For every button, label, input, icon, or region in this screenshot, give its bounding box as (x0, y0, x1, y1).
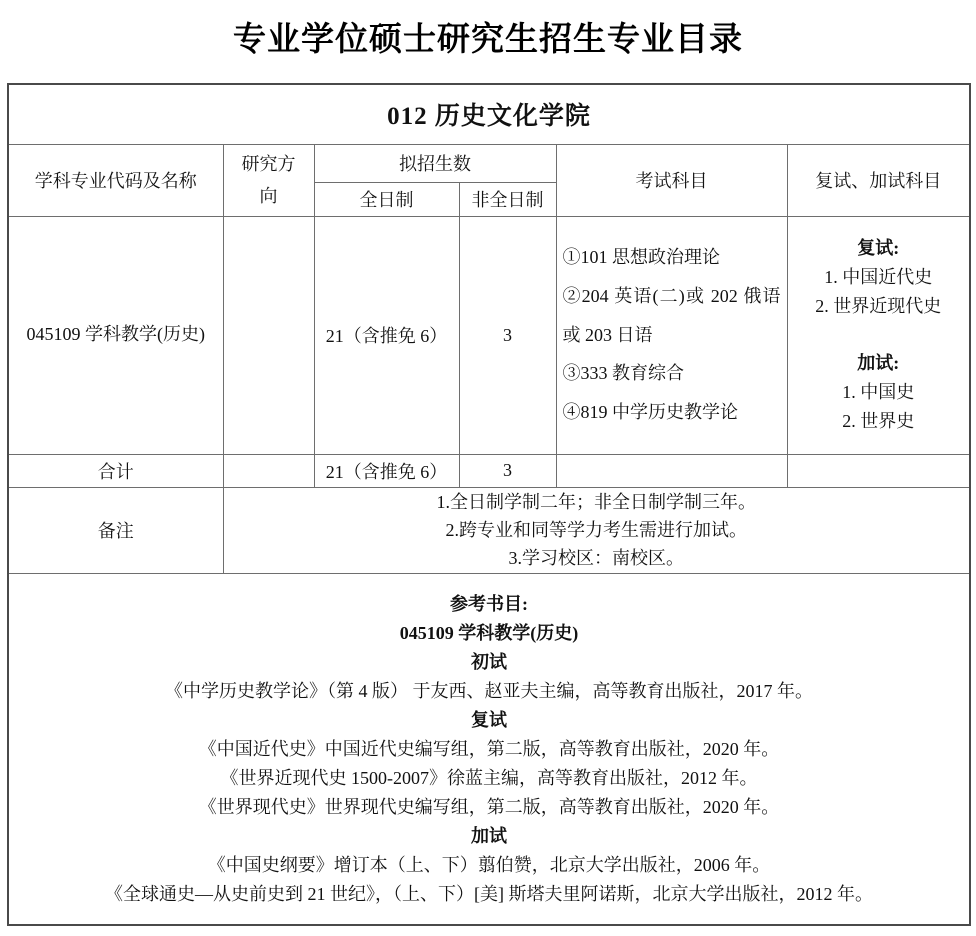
program-exam-subjects: ①101 思想政治理论 ②204 英语(二)或 202 俄语或 203 日语 ③… (556, 216, 787, 454)
college-header-row: 012 历史文化学院 (8, 84, 970, 144)
references-section-heading: 初试 (15, 648, 963, 677)
total-exam-subjects (556, 454, 787, 487)
remark-item: 2.跨专业和同等学力考生需进行加试。 (230, 516, 964, 544)
remarks-content: 1.全日制学制二年；非全日制学制三年。 2.跨专业和同等学力考生需进行加试。 3… (223, 487, 970, 573)
col-header-research-direction: 研究方向 (223, 144, 314, 216)
research-direction-label: 研究方向 (238, 148, 299, 213)
page-title: 专业学位硕士研究生招生专业目录 (0, 13, 976, 60)
program-research-direction (223, 216, 314, 454)
program-part-time-count: 3 (459, 216, 556, 454)
remarks-label: 备注 (8, 487, 223, 573)
col-header-planned-enrollment: 拟招生数 (314, 144, 556, 182)
program-code-name: 045109 学科教学(历史) (8, 216, 223, 454)
references-section: 参考书目: 045109 学科教学(历史) 初试 《中学历史教学论》（第 4 版… (8, 573, 970, 925)
col-header-part-time: 非全日制 (459, 182, 556, 216)
retest-item: 2. 世界近现代史 (794, 292, 964, 321)
program-row: 045109 学科教学(历史) 21（含推免 6） 3 ①101 思想政治理论 … (8, 216, 970, 454)
exam-subject-item: ①101 思想政治理论 (563, 238, 781, 277)
exam-subject-item: ③333 教育综合 (563, 354, 781, 393)
reference-book: 《世界现代史》世界现代史编写组，第二版，高等教育出版社，2020 年。 (15, 793, 963, 822)
references-section-heading: 加试 (15, 822, 963, 851)
reference-book: 《中国史纲要》增订本（上、下）翦伯赞，北京大学出版社，2006 年。 (15, 851, 963, 880)
references-row: 参考书目: 045109 学科教学(历史) 初试 《中学历史教学论》（第 4 版… (8, 573, 970, 925)
col-header-exam-subjects: 考试科目 (556, 144, 787, 216)
reference-book: 《世界近现代史 1500-2007》徐蓝主编，高等教育出版社，2012 年。 (15, 764, 963, 793)
col-header-subject-code-name: 学科专业代码及名称 (8, 144, 223, 216)
total-full-time-count: 21（含推免 6） (314, 454, 459, 487)
col-header-retest-subjects: 复试、加试科目 (787, 144, 970, 216)
addtest-label: 加试: (794, 349, 964, 378)
college-header: 012 历史文化学院 (8, 84, 970, 144)
references-title: 参考书目: (15, 590, 963, 619)
program-full-time-count: 21（含推免 6） (314, 216, 459, 454)
references-program-heading: 045109 学科教学(历史) (15, 619, 963, 648)
total-part-time-count: 3 (459, 454, 556, 487)
reference-book: 《中国近代史》中国近代史编写组，第二版，高等教育出版社，2020 年。 (15, 735, 963, 764)
exam-subject-item: ④819 中学历史教学论 (563, 393, 781, 432)
col-header-full-time: 全日制 (314, 182, 459, 216)
program-retest-subjects: 复试: 1. 中国近代史 2. 世界近现代史 加试: 1. 中国史 2. 世界史 (787, 216, 970, 454)
retest-label: 复试: (794, 234, 964, 263)
references-section-heading: 复试 (15, 706, 963, 735)
addtest-item: 2. 世界史 (794, 407, 964, 436)
retest-item: 1. 中国近代史 (794, 263, 964, 292)
remark-item: 1.全日制学制二年；非全日制学制三年。 (230, 488, 964, 516)
addtest-item: 1. 中国史 (794, 378, 964, 407)
total-row: 合计 21（含推免 6） 3 (8, 454, 970, 487)
column-header-row: 学科专业代码及名称 研究方向 拟招生数 考试科目 复试、加试科目 (8, 144, 970, 182)
reference-book: 《全球通史—从史前史到 21 世纪》，（上、下）[美] 斯塔夫里阿诺斯，北京大学… (15, 880, 963, 909)
total-label: 合计 (8, 454, 223, 487)
total-research-direction (223, 454, 314, 487)
remark-item: 3.学习校区：南校区。 (230, 544, 964, 572)
total-retest-subjects (787, 454, 970, 487)
reference-book: 《中学历史教学论》（第 4 版） 于友西、赵亚夫主编，高等教育出版社，2017 … (15, 677, 963, 706)
admission-catalog-table: 012 历史文化学院 学科专业代码及名称 研究方向 拟招生数 考试科目 复试、加… (7, 83, 971, 926)
exam-subject-item: ②204 英语(二)或 202 俄语或 203 日语 (563, 277, 781, 354)
remarks-row: 备注 1.全日制学制二年；非全日制学制三年。 2.跨专业和同等学力考生需进行加试… (8, 487, 970, 573)
